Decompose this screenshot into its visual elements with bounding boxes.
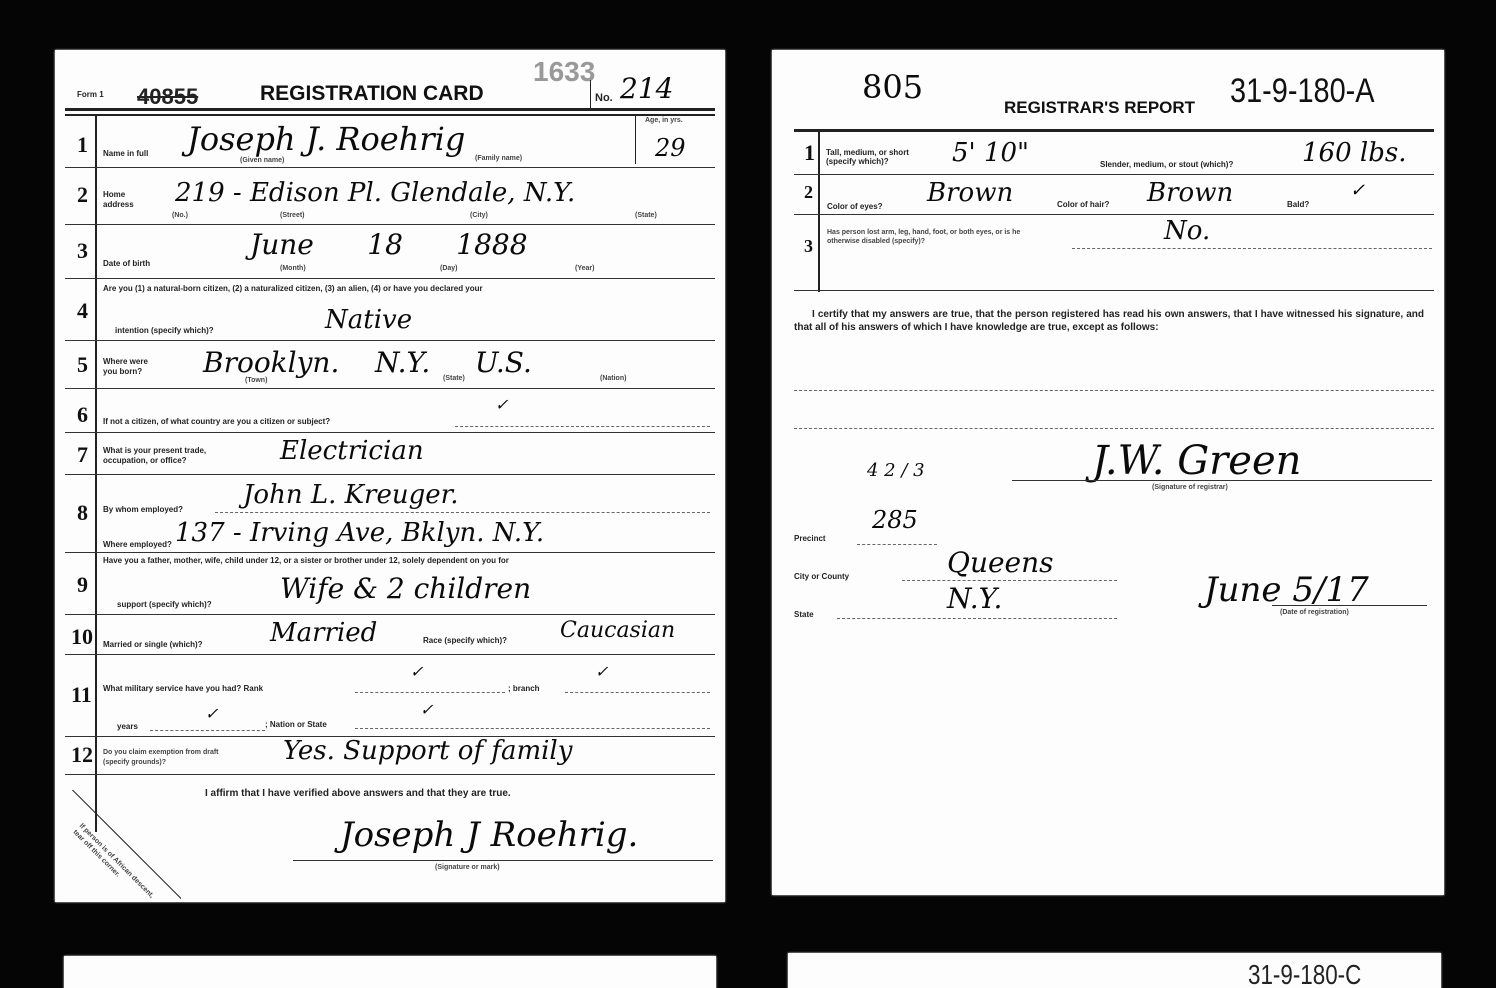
date-label: (Date of registration) bbox=[1280, 609, 1349, 616]
signature-label: (Signature or mark) bbox=[435, 864, 500, 871]
row-number: 8 bbox=[77, 500, 88, 526]
field-label: Has person lost arm, leg, hand, foot, or… bbox=[827, 228, 1027, 246]
check-mark: ✓ bbox=[495, 395, 508, 414]
divider bbox=[635, 114, 636, 164]
tear-off-corner: If person is of African descent, tear of… bbox=[61, 790, 181, 910]
field-label: Color of eyes? bbox=[827, 202, 883, 211]
divider bbox=[794, 174, 1434, 175]
date-line bbox=[1272, 605, 1427, 606]
divider bbox=[65, 474, 715, 475]
birthplace-value: Brooklyn. N.Y. U.S. bbox=[203, 346, 532, 379]
field-label: Slender, medium, or stout (which)? bbox=[1100, 160, 1233, 169]
divider bbox=[65, 340, 715, 341]
build-value: 160 lbs. bbox=[1302, 138, 1406, 168]
disability-value: No. bbox=[1164, 216, 1210, 246]
next-card-right: 31-9-180-C bbox=[788, 953, 1441, 988]
bald-value: ✓ bbox=[1350, 180, 1365, 201]
field-label: Where were you born? bbox=[103, 357, 158, 377]
hair-color-value: Brown bbox=[1147, 178, 1233, 208]
divider bbox=[837, 618, 1117, 619]
sub-label: (Given name) bbox=[240, 157, 284, 164]
divider bbox=[65, 654, 715, 655]
row-number: 3 bbox=[77, 238, 88, 264]
signature-line bbox=[1012, 480, 1432, 481]
divider bbox=[65, 614, 715, 615]
row-number: 6 bbox=[77, 402, 88, 428]
citizenship-value: Native bbox=[325, 305, 412, 335]
row-number: 10 bbox=[71, 624, 93, 650]
sub-label: (Family name) bbox=[475, 155, 522, 162]
row-number: 2 bbox=[804, 182, 813, 203]
row-number: 1 bbox=[804, 140, 815, 166]
sub-label: (Year) bbox=[575, 265, 594, 272]
occupation-value: Electrician bbox=[280, 436, 424, 466]
registrars-report-card: 805 REGISTRAR'S REPORT 31-9-180-A 1 Tall… bbox=[772, 50, 1444, 895]
registrar-signature: J.W. Green bbox=[1092, 438, 1301, 484]
city-label: City or County bbox=[794, 572, 849, 581]
sub-label: (City) bbox=[470, 212, 488, 219]
field-label: ; branch bbox=[508, 684, 540, 693]
employer-address-value: 137 - Irving Ave, Bklyn. N.Y. bbox=[175, 518, 544, 548]
age-value: 29 bbox=[655, 134, 686, 162]
divider bbox=[902, 580, 1117, 581]
employer-value: John L. Kreuger. bbox=[243, 480, 458, 510]
certification-text: I certify that my answers are true, that… bbox=[794, 308, 1424, 334]
field-label: Bald? bbox=[1287, 200, 1309, 209]
divider bbox=[65, 224, 715, 225]
field-label: Married or single (which)? bbox=[103, 640, 203, 649]
form-label: Form 1 bbox=[77, 90, 104, 99]
field-label: What military service have you had? Rank bbox=[103, 684, 263, 693]
row-number: 11 bbox=[71, 682, 92, 708]
field-label: Name in full bbox=[103, 149, 148, 158]
field-label: Are you (1) a natural-born citizen, (2) … bbox=[103, 284, 483, 293]
divider bbox=[794, 214, 1434, 215]
eye-color-value: Brown bbox=[927, 178, 1013, 208]
report-title: REGISTRAR'S REPORT bbox=[1004, 98, 1195, 118]
field-label: Tall, medium, or short (specify which)? bbox=[826, 148, 931, 166]
divider bbox=[150, 730, 265, 731]
field-label: Date of birth bbox=[103, 259, 150, 268]
stamp-number: 1633 bbox=[533, 56, 595, 88]
field-label: Color of hair? bbox=[1057, 200, 1109, 209]
no-label: No. bbox=[595, 92, 613, 104]
divider bbox=[1072, 248, 1432, 249]
exceptions-line bbox=[794, 390, 1434, 391]
divider bbox=[65, 108, 715, 111]
next-card-left bbox=[64, 956, 716, 988]
struck-form-number: 40855 bbox=[137, 84, 198, 110]
field-label: By whom employed? bbox=[103, 505, 183, 514]
row-number: 12 bbox=[71, 742, 93, 768]
row-number: 4 bbox=[77, 298, 88, 324]
field-label: support (specify which)? bbox=[117, 600, 212, 609]
dependents-value: Wife & 2 children bbox=[280, 572, 531, 605]
birth-date-value: June 18 1888 bbox=[250, 228, 528, 261]
divider bbox=[794, 129, 1434, 132]
precinct-label: Precinct bbox=[794, 534, 826, 543]
precinct-value: 285 bbox=[872, 506, 918, 534]
card-title: REGISTRATION CARD bbox=[260, 82, 484, 106]
sub-label: (Nation) bbox=[600, 375, 626, 382]
registrar-signature-label: (Signature of registrar) bbox=[1152, 484, 1228, 491]
check-mark: ✓ bbox=[205, 704, 218, 723]
next-serial-code: 31-9-180-C bbox=[1248, 959, 1361, 988]
field-label: intention (specify which)? bbox=[115, 326, 214, 335]
side-note: 4 2 / 3 bbox=[867, 460, 925, 481]
address-value: 219 - Edison Pl. Glendale, N.Y. bbox=[175, 178, 575, 208]
divider bbox=[355, 728, 710, 729]
field-label: Where employed? bbox=[103, 540, 172, 549]
field-label: What is your present trade, occupation, … bbox=[103, 446, 243, 466]
check-mark: ✓ bbox=[420, 700, 433, 719]
field-label: years bbox=[117, 722, 138, 731]
divider bbox=[65, 774, 715, 775]
exceptions-line bbox=[794, 428, 1434, 429]
row-number: 1 bbox=[77, 132, 88, 158]
serial-number: 214 bbox=[620, 72, 673, 105]
row-number: 5 bbox=[77, 352, 88, 378]
divider bbox=[65, 552, 715, 553]
divider bbox=[65, 114, 715, 116]
check-mark: ✓ bbox=[410, 662, 423, 681]
check-mark: ✓ bbox=[595, 662, 608, 681]
signature-line bbox=[293, 860, 713, 861]
row-number: 3 bbox=[804, 236, 813, 257]
field-label: If not a citizen, of what country are yo… bbox=[103, 417, 330, 426]
sub-label: (Town) bbox=[245, 377, 267, 384]
field-label: Home address bbox=[103, 190, 143, 210]
divider bbox=[65, 432, 715, 433]
divider bbox=[857, 544, 937, 545]
divider bbox=[818, 132, 820, 292]
row-number: 9 bbox=[77, 572, 88, 598]
sub-label: (State) bbox=[635, 212, 657, 219]
sub-label: (No.) bbox=[172, 212, 188, 219]
divider bbox=[794, 290, 1434, 291]
row-number: 7 bbox=[77, 442, 88, 468]
marital-status-value: Married bbox=[270, 618, 377, 648]
divider bbox=[455, 426, 710, 427]
state-value: N.Y. bbox=[947, 582, 1002, 615]
divider bbox=[65, 278, 715, 279]
field-label: Race (specify which)? bbox=[423, 636, 507, 645]
divider bbox=[565, 692, 710, 693]
row-number: 2 bbox=[77, 182, 88, 208]
sub-label: (Street) bbox=[280, 212, 305, 219]
divider bbox=[215, 512, 710, 513]
exemption-value: Yes. Support of family bbox=[283, 736, 572, 766]
sub-label: (Day) bbox=[440, 265, 458, 272]
divider bbox=[590, 80, 591, 108]
state-label: State bbox=[794, 610, 814, 619]
registration-card: Form 1 40855 REGISTRATION CARD 1633 No. … bbox=[55, 50, 725, 902]
name-value: Joseph J. Roehrig bbox=[187, 120, 465, 158]
divider bbox=[65, 388, 715, 389]
field-label: Do you claim exemption from draft (speci… bbox=[103, 748, 243, 768]
height-value: 5' 10" bbox=[952, 138, 1029, 168]
city-value: Queens bbox=[947, 546, 1054, 579]
race-value: Caucasian bbox=[560, 618, 675, 643]
sub-label: (Month) bbox=[280, 265, 306, 272]
divider bbox=[95, 114, 97, 832]
handwritten-number: 805 bbox=[862, 68, 923, 106]
affirmation-text: I affirm that I have verified above answ… bbox=[205, 788, 511, 799]
field-label: Have you a father, mother, wife, child u… bbox=[103, 556, 509, 565]
registration-date: June 5/17 bbox=[1204, 570, 1369, 610]
sub-label: (State) bbox=[443, 375, 465, 382]
divider bbox=[65, 167, 715, 168]
registrant-signature: Joseph J Roehrig. bbox=[340, 815, 638, 855]
serial-code: 31-9-180-A bbox=[1230, 72, 1375, 111]
field-label: ; Nation or State bbox=[265, 720, 327, 729]
divider bbox=[355, 692, 505, 693]
age-label: Age, in yrs. bbox=[645, 117, 683, 124]
